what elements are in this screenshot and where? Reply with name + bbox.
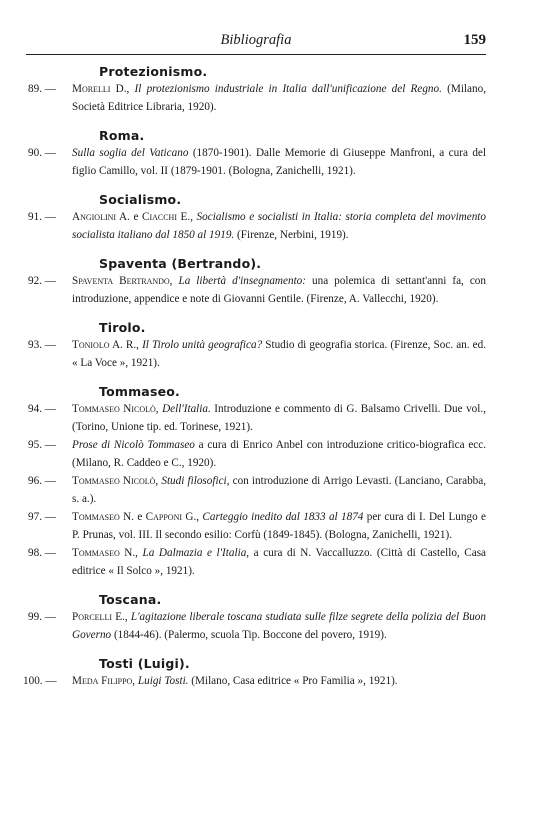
bibliography-entry: 95. —Prose di Nicolò Tommaseo a cura di …: [26, 436, 486, 472]
book-page: Bibliografia 159 Protezionismo.89. —More…: [0, 0, 550, 826]
section-heading: Roma.: [99, 128, 486, 143]
bibliography-entry: 92. —Spaventa Bertrando, La libertà d'in…: [26, 272, 486, 308]
bibliography-entry: 98. —Tommaseo N., La Dalmazia e l'Italia…: [26, 544, 486, 580]
section-heading: Tosti (Luigi).: [99, 656, 486, 671]
author-name: Morelli D.,: [72, 83, 129, 95]
bibliography-entry: 91. —Angiolini A. e Ciacchi E., Socialis…: [26, 208, 486, 244]
entry-number: 100. —: [23, 672, 57, 690]
entry-number: 97. —: [28, 508, 56, 526]
bibliography-section: Tirolo.93. —Toniolo A. R., Il Tirolo uni…: [26, 320, 486, 372]
bibliography-entry: 93. —Toniolo A. R., Il Tirolo unità geog…: [26, 336, 486, 372]
entry-number: 92. —: [28, 272, 56, 290]
running-title: Bibliografia: [26, 32, 486, 49]
author-name: Capponi G.,: [146, 511, 199, 523]
entry-number: 89. —: [28, 80, 56, 98]
bibliography-section: Toscana.99. —Porcelli E., L'agitazione l…: [26, 592, 486, 644]
author-name: Spaventa Bertrando,: [72, 275, 172, 287]
section-heading: Tirolo.: [99, 320, 486, 335]
author-name: Tommaseo Nicolò,: [72, 475, 158, 487]
entry-number: 91. —: [28, 208, 56, 226]
publication-info: (Firenze, Nerbini, 1919).: [234, 229, 348, 241]
bibliography-entry: 100. —Meda Filippo, Luigi Tosti. (Milano…: [26, 672, 486, 690]
bibliography-entry: 97. —Tommaseo N. e Capponi G., Carteggio…: [26, 508, 486, 544]
section-heading: Socialismo.: [99, 192, 486, 207]
section-heading: Toscana.: [99, 592, 486, 607]
work-title: Luigi Tosti.: [135, 675, 188, 687]
entry-number: 95. —: [28, 436, 56, 454]
work-title: Dell'Italia.: [159, 403, 211, 415]
publication-info: (Milano, Casa editrice « Pro Familia », …: [188, 675, 397, 687]
author-name: Tommaseo N.,: [72, 547, 138, 559]
bibliography-entry: 96. —Tommaseo Nicolò, Studi filosofici, …: [26, 472, 486, 508]
bibliography-entry: 90. —Sulla soglia del Vaticano (1870-190…: [26, 144, 486, 180]
section-heading: Protezionismo.: [99, 64, 486, 79]
bibliography-section: Roma.90. —Sulla soglia del Vaticano (187…: [26, 128, 486, 180]
work-title: La libertà d'insegnamento:: [172, 275, 306, 287]
author-name: Toniolo A. R.,: [72, 339, 139, 351]
work-title: Carteggio inedito dal 1833 al 1874: [199, 511, 363, 523]
running-head: Bibliografia 159: [26, 30, 486, 55]
work-title: Prose di Nicolò Tommaseo: [72, 439, 195, 451]
publication-info: e: [130, 211, 142, 223]
author-name: Meda Filippo,: [72, 675, 135, 687]
bibliography-section: Spaventa (Bertrando).92. —Spaventa Bertr…: [26, 256, 486, 308]
work-title: Studi filosofici,: [158, 475, 229, 487]
bibliography-entry: 94. —Tommaseo Nicolò, Dell'Italia. Intro…: [26, 400, 486, 436]
entry-number: 98. —: [28, 544, 56, 562]
bibliography-section: Protezionismo.89. —Morelli D., Il protez…: [26, 64, 486, 116]
bibliography-section: Tosti (Luigi).100. —Meda Filippo, Luigi …: [26, 656, 486, 690]
bibliography-section: Socialismo.91. —Angiolini A. e Ciacchi E…: [26, 192, 486, 244]
work-title: Il Tirolo unità geografica?: [139, 339, 262, 351]
bibliography-list: Protezionismo.89. —Morelli D., Il protez…: [26, 64, 486, 702]
entry-number: 94. —: [28, 400, 56, 418]
author-name: Porcelli E.,: [72, 611, 128, 623]
author-name: Angiolini A.: [72, 211, 130, 223]
publication-info: e: [134, 511, 146, 523]
entry-number: 99. —: [28, 608, 56, 626]
section-heading: Spaventa (Bertrando).: [99, 256, 486, 271]
author-name: Tommaseo Nicolò,: [72, 403, 159, 415]
entry-number: 96. —: [28, 472, 56, 490]
section-heading: Tommaseo.: [99, 384, 486, 399]
entry-number: 93. —: [28, 336, 56, 354]
author-name: Tommaseo N.: [72, 511, 134, 523]
author-name: Ciacchi E.,: [142, 211, 193, 223]
publication-info: (1844-46). (Palermo, scuola Tip. Boccone…: [111, 629, 387, 641]
entry-number: 90. —: [28, 144, 56, 162]
work-title: La Dalmazia e l'Italia,: [138, 547, 249, 559]
bibliography-section: Tommaseo.94. —Tommaseo Nicolò, Dell'Ital…: [26, 384, 486, 580]
work-title: Sulla soglia del Vaticano: [72, 147, 188, 159]
page-number: 159: [464, 32, 487, 49]
bibliography-entry: 89. —Morelli D., Il protezionismo indust…: [26, 80, 486, 116]
bibliography-entry: 99. —Porcelli E., L'agitazione liberale …: [26, 608, 486, 644]
work-title: Il protezionismo industriale in Italia d…: [129, 83, 442, 95]
